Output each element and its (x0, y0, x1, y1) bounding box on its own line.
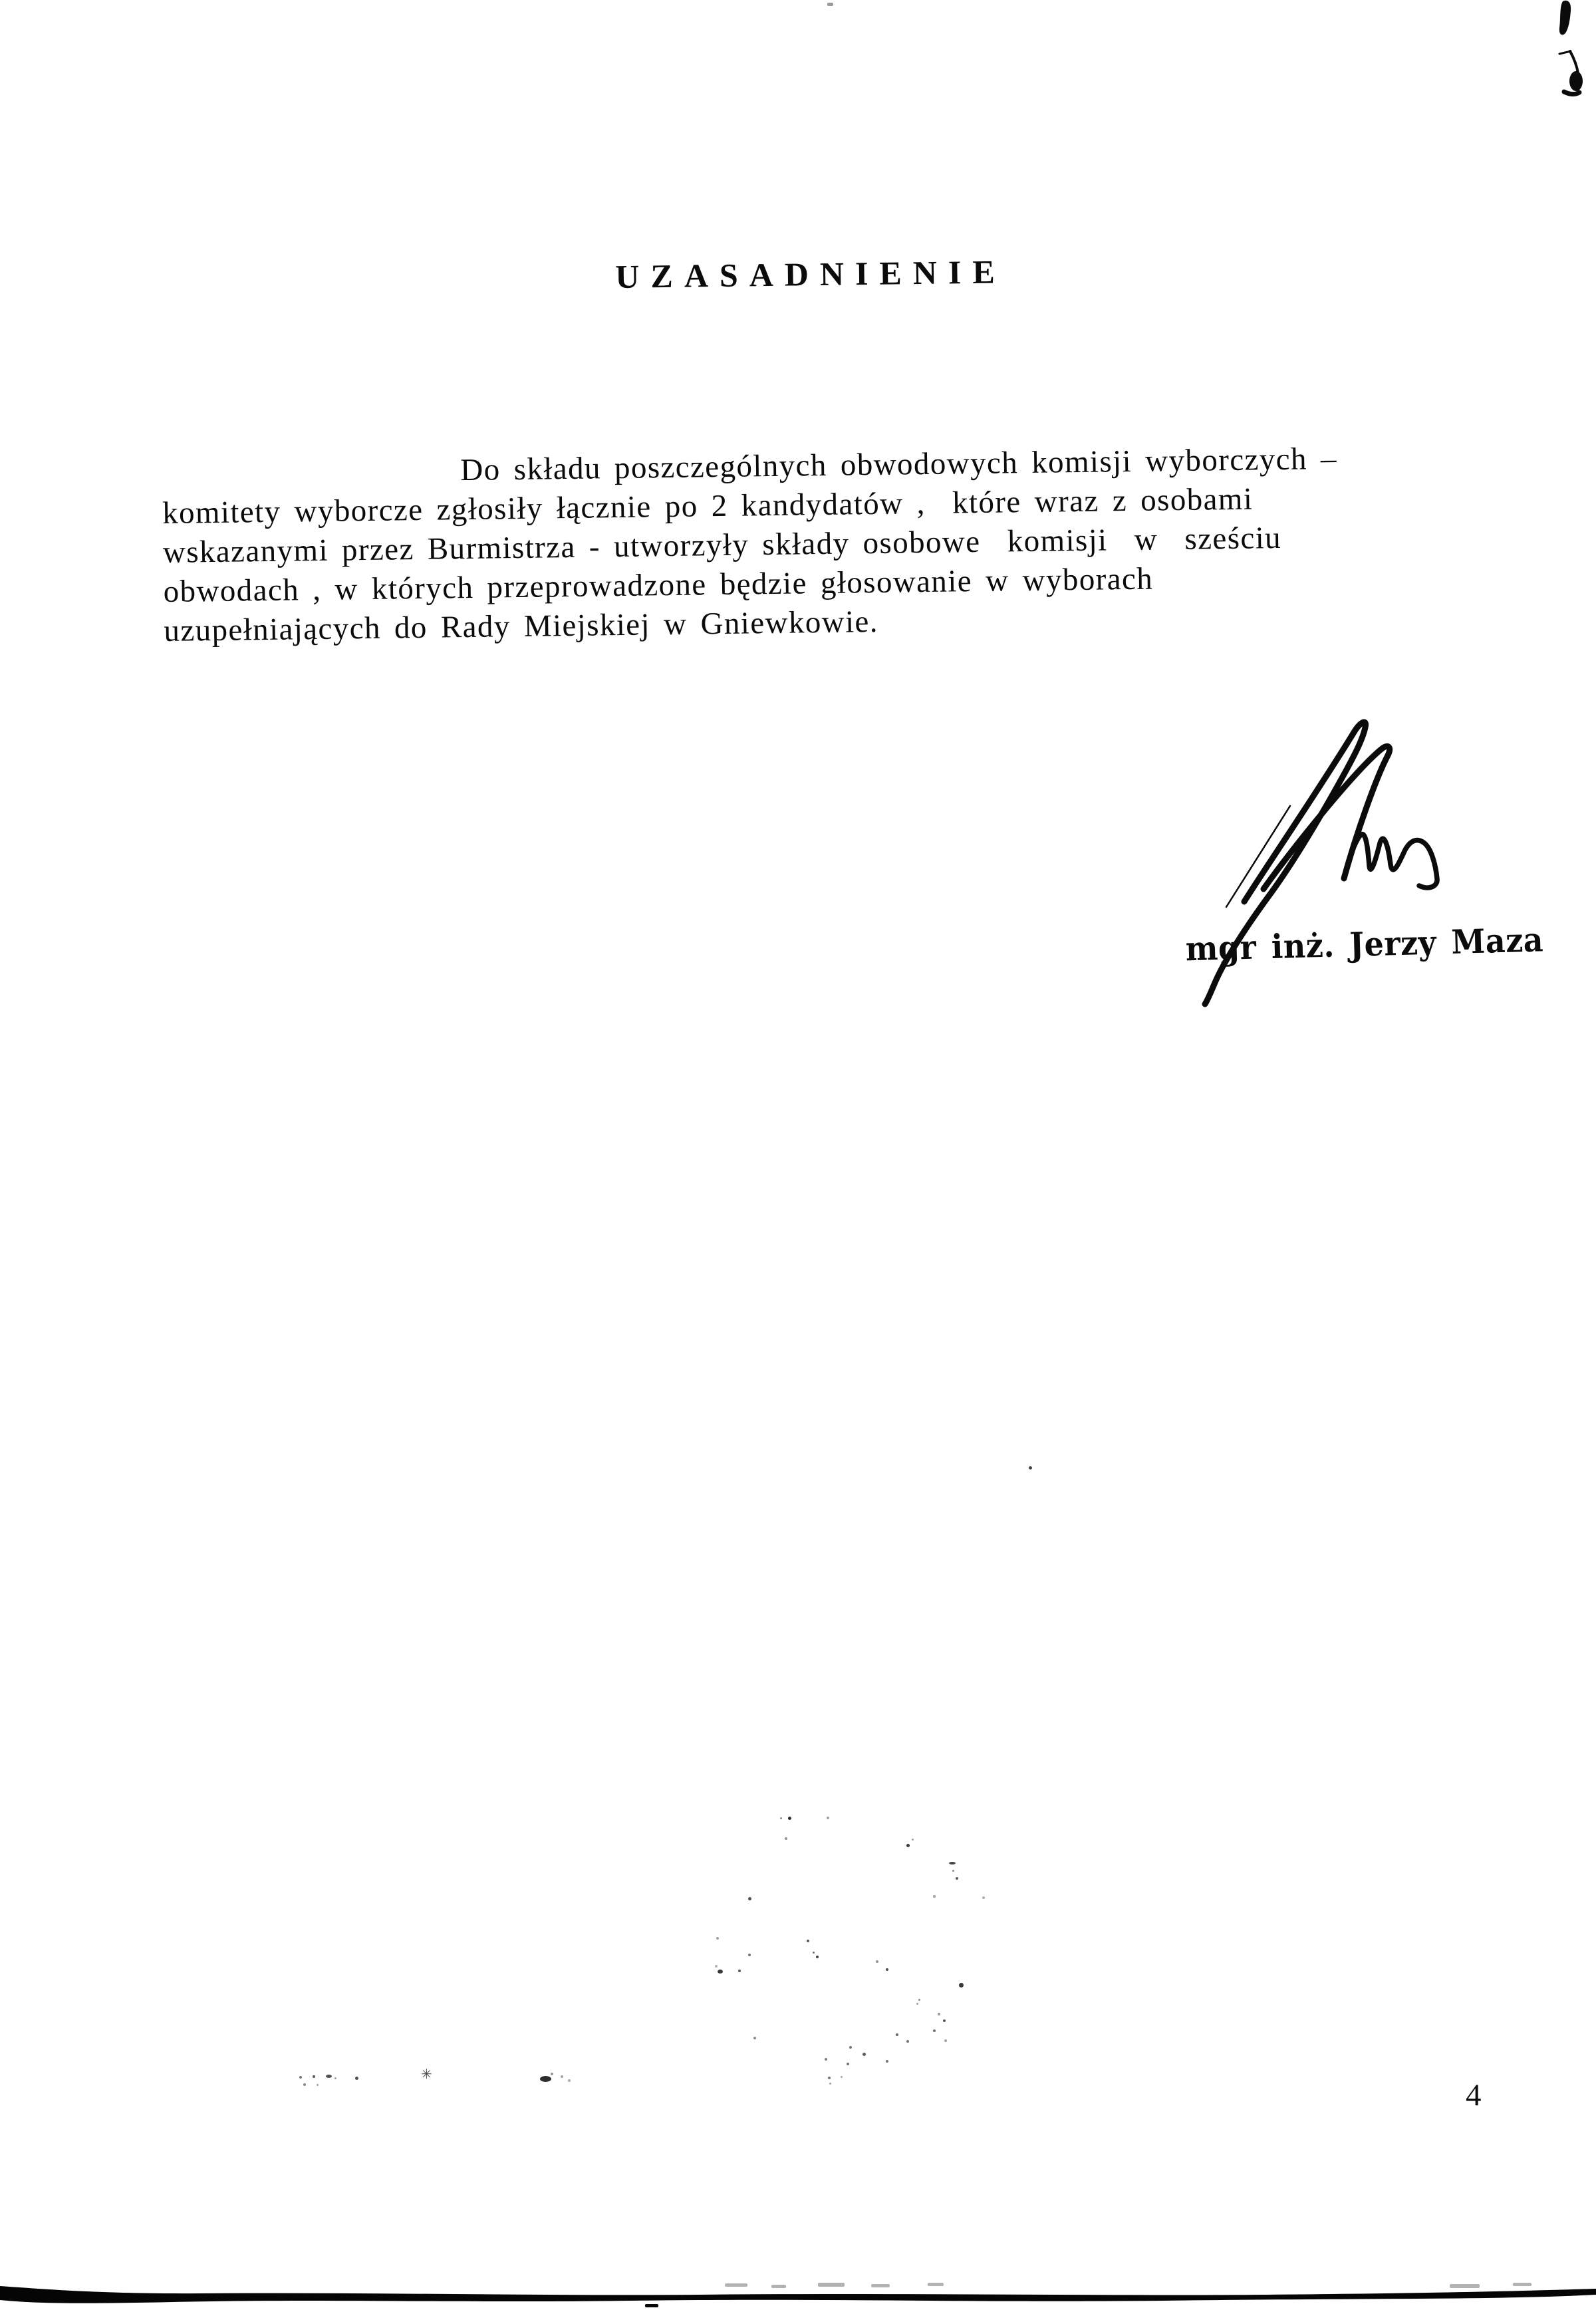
scan-speck: ✳ (421, 2068, 432, 2081)
scan-speck (906, 1844, 910, 1847)
scan-speck (916, 2003, 918, 2005)
scan-speck (828, 2077, 831, 2079)
scan-speck (886, 2060, 888, 2063)
page-number: 4 (1466, 2080, 1482, 2111)
scan-speck (863, 2053, 866, 2056)
scan-speck (933, 1895, 936, 1898)
specks-layer: ✳ (0, 0, 1596, 2310)
scan-speck (568, 2079, 571, 2082)
scan-speck (849, 2046, 852, 2049)
scan-speck (827, 1817, 829, 1819)
scan-speck (841, 2076, 843, 2078)
scan-speck (1029, 1466, 1032, 1470)
scan-speck (825, 2058, 827, 2061)
scan-speck (561, 2075, 563, 2078)
scan-speck (355, 2077, 358, 2080)
scan-speck (748, 1954, 751, 1956)
scan-speck (816, 1956, 819, 1958)
scan-speck (906, 2040, 909, 2043)
scan-speck (807, 1940, 809, 1942)
scan-speck (886, 1968, 888, 1971)
scan-speck (952, 1870, 954, 1872)
scan-speck (949, 1862, 956, 1864)
scan-speck (982, 1896, 985, 1899)
scan-speck (938, 2013, 940, 2015)
scan-speck (944, 2039, 947, 2042)
scan-speck (313, 2075, 315, 2078)
page-title: UZASADNIENIE (615, 255, 1006, 293)
scan-speck (748, 1897, 751, 1900)
scan-speck (299, 2076, 302, 2079)
scan-speck (551, 2073, 553, 2075)
scan-speck (303, 2083, 306, 2086)
scan-speck (753, 2037, 756, 2039)
scan-speck (827, 3, 833, 6)
scan-speck (876, 1960, 878, 1963)
scan-speck (540, 2076, 551, 2082)
scan-speck (933, 2029, 936, 2032)
scanned-document-page: UZASADNIENIE Do składu poszczególnych ob… (0, 0, 1596, 2310)
ink-mark-icon (1553, 0, 1593, 100)
body-paragraph: Do składu poszczególnych obwodowych komi… (162, 438, 1494, 651)
scan-speck (738, 1970, 741, 1972)
scan-speck (847, 2063, 849, 2065)
scan-speck (785, 1837, 787, 1840)
scan-speck (943, 2019, 946, 2022)
scan-edge-artifact (0, 2282, 1596, 2310)
scan-speck (896, 2033, 898, 2036)
scan-speck (780, 1817, 782, 1819)
scan-speck (829, 2083, 831, 2085)
scan-speck (715, 1965, 718, 1968)
scan-speck (718, 1970, 723, 1974)
scan-speck (912, 1839, 914, 1841)
scan-speck (918, 1999, 920, 2001)
scan-speck (326, 2075, 332, 2078)
scan-speck (788, 1817, 791, 1820)
scan-speck (716, 1937, 719, 1940)
scan-speck (813, 1952, 815, 1954)
scan-speck (956, 1877, 958, 1880)
scan-speck (317, 2084, 319, 2086)
scan-speck (959, 1983, 964, 1988)
scan-speck (334, 2077, 336, 2079)
